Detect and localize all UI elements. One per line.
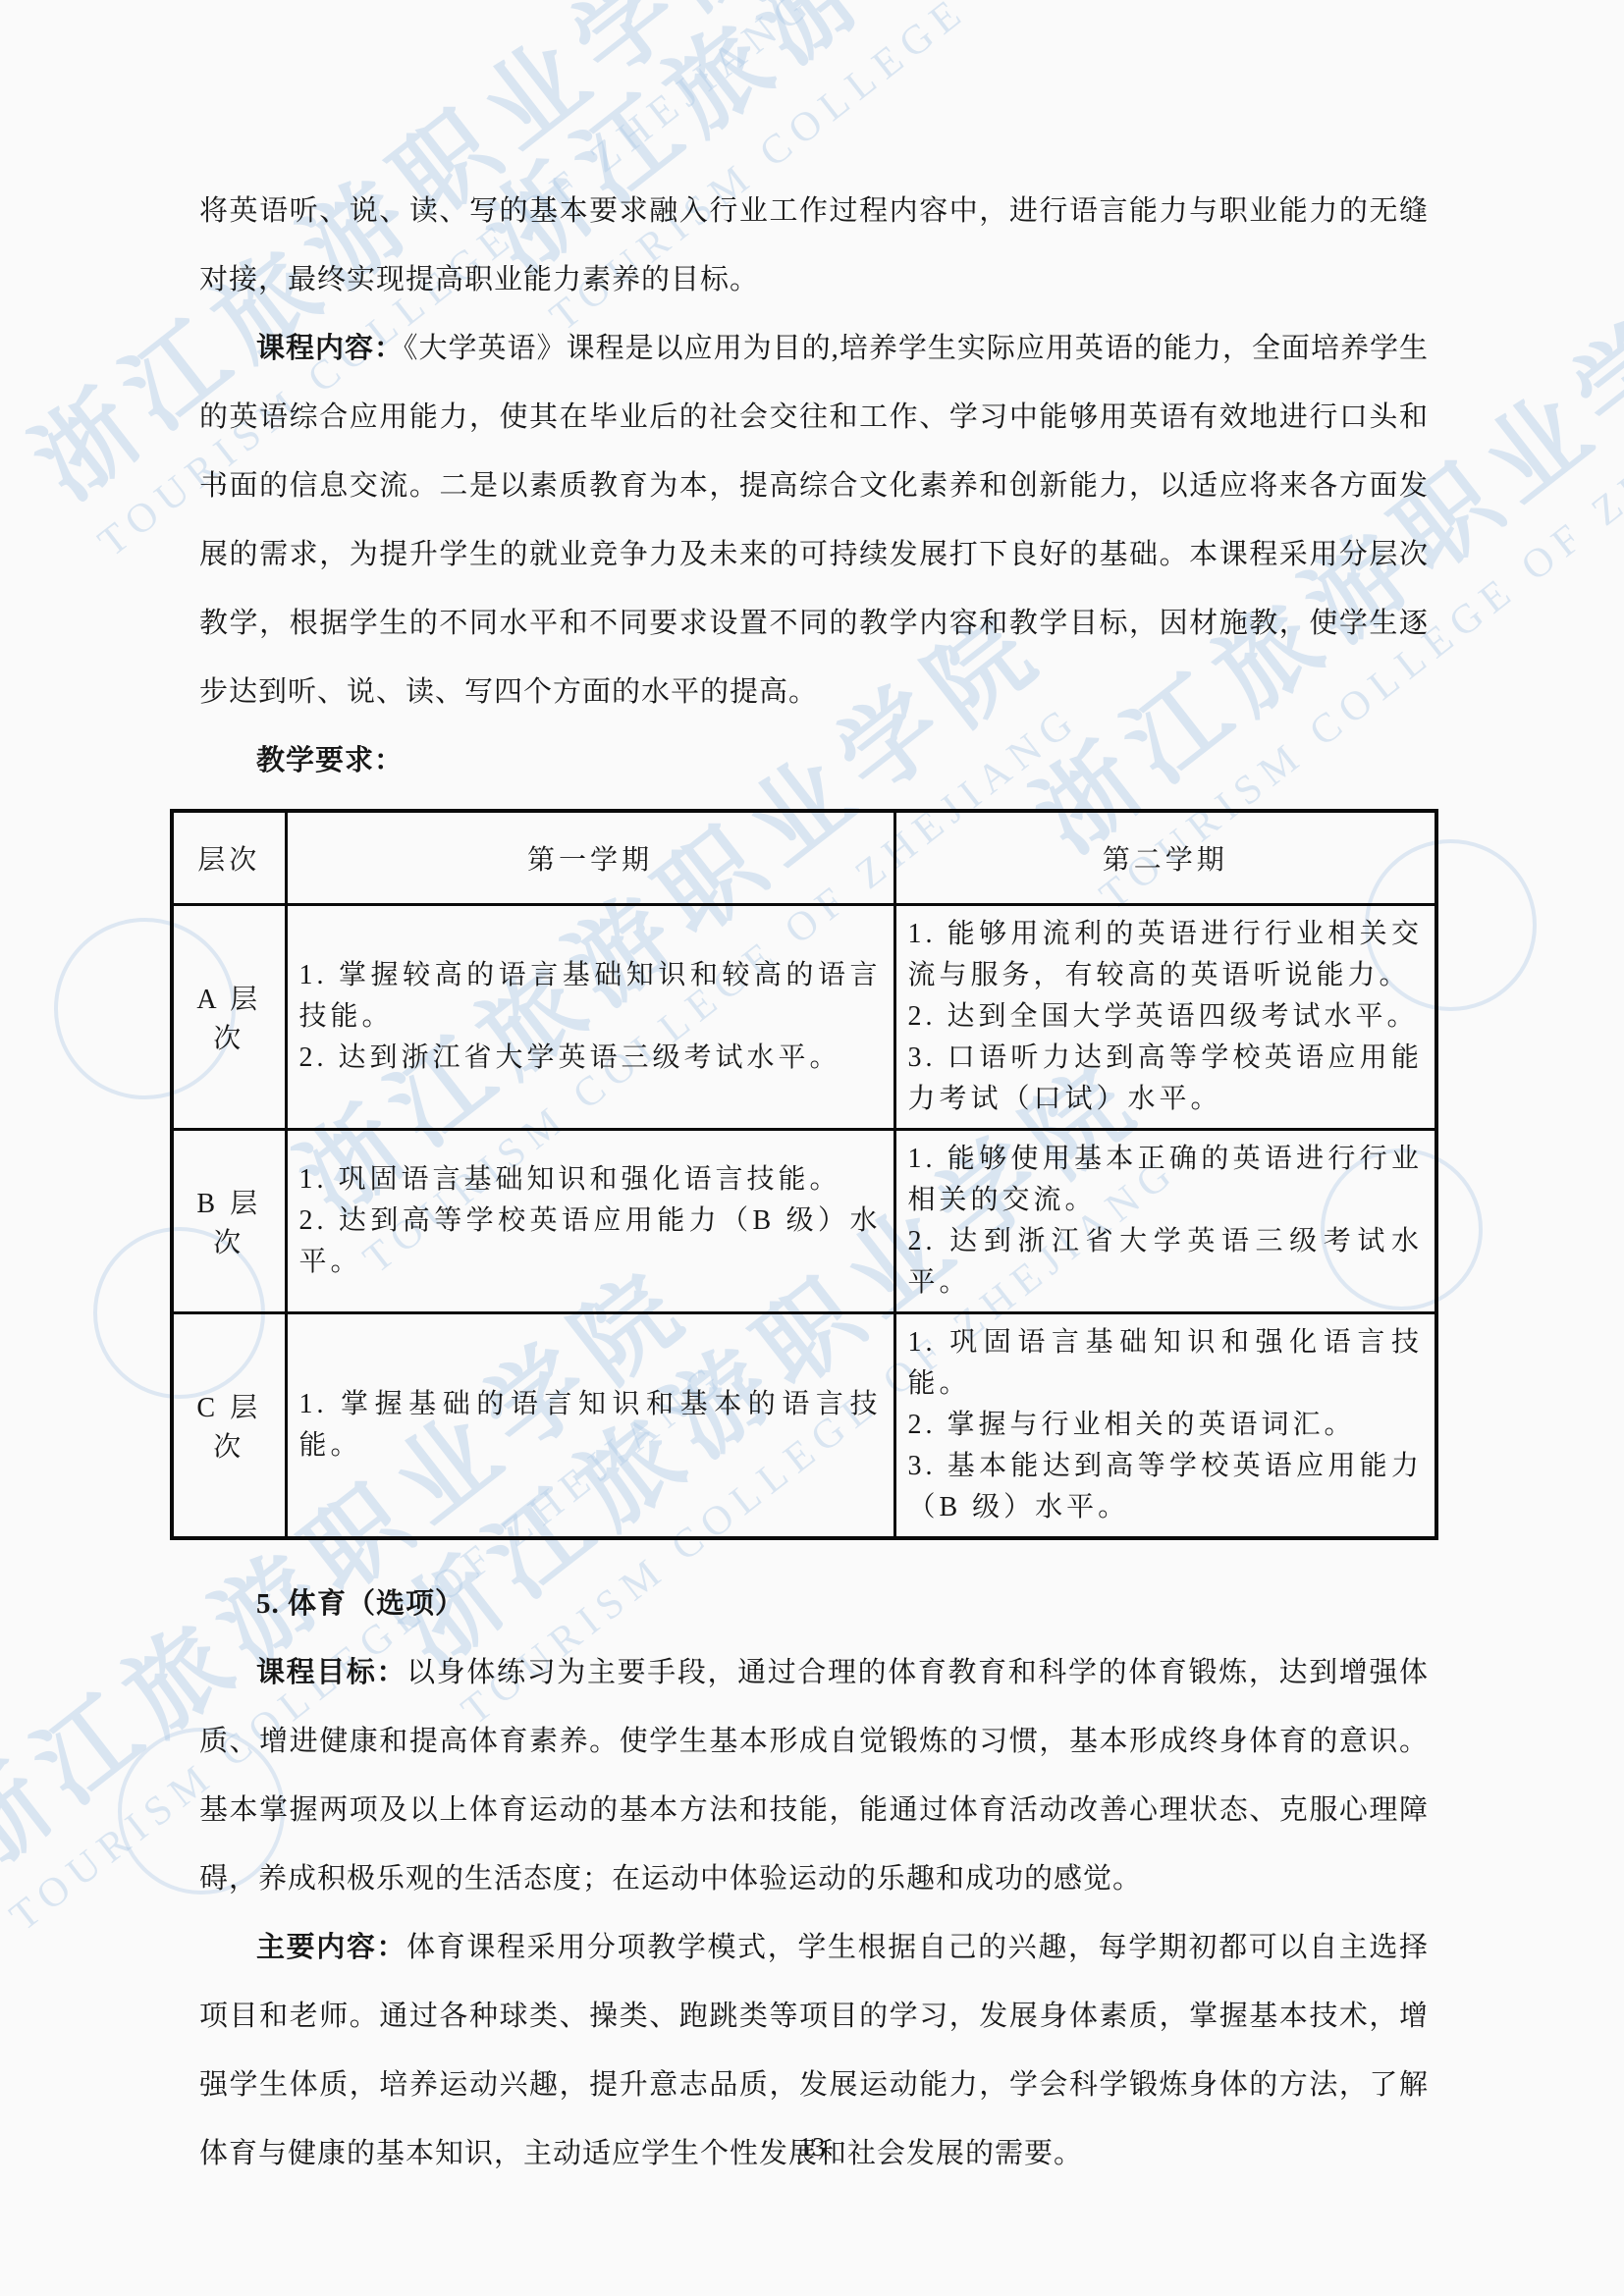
requirement-item: 3. 口语听力达到高等学校英语应用能力考试（口试）水平。 [908,1038,1424,1120]
requirement-item: 1. 掌握较高的语言基础知识和较高的语言技能。 [299,955,882,1038]
course-content-paragraph: 课程内容：《大学英语》课程是以应用为目的,培养学生实际应用英语的能力，全面培养学… [199,314,1429,726]
semester1-cell: 1. 巩固语言基础知识和强化语言技能。 2. 达到高等学校英语应用能力（B 级）… [286,1129,894,1312]
section-5-heading: 5. 体育（选项） [199,1570,1429,1638]
requirement-item: 1. 能够使用基本正确的英语进行行业相关的交流。 [908,1139,1424,1221]
teaching-requirements-heading: 教学要求： [199,726,1429,795]
course-goal-paragraph: 课程目标：以身体练习为主要手段，通过合理的体育教育和科学的体育锻炼，达到增强体质… [199,1638,1429,1913]
requirement-item: 2. 掌握与行业相关的英语词汇。 [908,1405,1424,1446]
course-goal-label: 课程目标： [256,1657,406,1688]
course-content-text: 《大学英语》课程是以应用为目的,培养学生实际应用英语的能力，全面培养学生的英语综… [199,333,1429,708]
semester1-cell: 1. 掌握较高的语言基础知识和较高的语言技能。 2. 达到浙江省大学英语三级考试… [286,904,894,1129]
table-row-level-a: A 层次 1. 掌握较高的语言基础知识和较高的语言技能。 2. 达到浙江省大学英… [172,904,1436,1129]
level-cell: C 层次 [172,1312,286,1538]
requirement-item: 1. 巩固语言基础知识和强化语言技能。 [299,1159,882,1201]
page-number: 13 [0,2132,1624,2163]
semester2-cell: 1. 巩固语言基础知识和强化语言技能。 2. 掌握与行业相关的英语词汇。 3. … [894,1312,1436,1538]
main-content-label: 主要内容： [256,1932,406,1963]
table-header-level: 层次 [172,811,286,904]
table-header-semester1: 第一学期 [286,811,894,904]
table-header-row: 层次 第一学期 第二学期 [172,811,1436,904]
document-page: 浙江旅游职业学院 TOURISM COLLEGE OF ZHEJIANG 浙江旅… [0,0,1624,2296]
course-goal-text: 以身体练习为主要手段，通过合理的体育教育和科学的体育锻炼，达到增强体质、增进健康… [199,1657,1429,1895]
level-cell: A 层次 [172,904,286,1129]
requirement-item: 1. 巩固语言基础知识和强化语言技能。 [908,1322,1424,1405]
requirement-item: 1. 掌握基础的语言知识和基本的语言技能。 [299,1384,882,1467]
semester2-cell: 1. 能够使用基本正确的英语进行行业相关的交流。 2. 达到浙江省大学英语三级考… [894,1129,1436,1312]
table-row-level-b: B 层次 1. 巩固语言基础知识和强化语言技能。 2. 达到高等学校英语应用能力… [172,1129,1436,1312]
requirement-item: 2. 达到浙江省大学英语三级考试水平。 [299,1038,882,1079]
requirement-item: 2. 达到浙江省大学英语三级考试水平。 [908,1221,1424,1304]
course-content-label: 课程内容： [256,333,404,364]
page-content: 将英语听、说、读、写的基本要求融入行业工作过程内容中，进行语言能力与职业能力的无… [199,177,1429,2188]
semester1-cell: 1. 掌握基础的语言知识和基本的语言技能。 [286,1312,894,1538]
requirement-item: 2. 达到高等学校英语应用能力（B 级）水平。 [299,1201,882,1283]
semester2-cell: 1. 能够用流利的英语进行行业相关交流与服务，有较高的英语听说能力。 2. 达到… [894,904,1436,1129]
level-cell: B 层次 [172,1129,286,1312]
table-row-level-c: C 层次 1. 掌握基础的语言知识和基本的语言技能。 1. 巩固语言基础知识和强… [172,1312,1436,1538]
table-header-semester2: 第二学期 [894,811,1436,904]
requirement-item: 3. 基本能达到高等学校英语应用能力（B 级）水平。 [908,1446,1424,1528]
requirement-item: 2. 达到全国大学英语四级考试水平。 [908,996,1424,1038]
intro-paragraph: 将英语听、说、读、写的基本要求融入行业工作过程内容中，进行语言能力与职业能力的无… [199,177,1429,314]
requirement-item: 1. 能够用流利的英语进行行业相关交流与服务，有较高的英语听说能力。 [908,914,1424,996]
teaching-requirements-table: 层次 第一学期 第二学期 A 层次 1. 掌握较高的语言基础知识和较高的语言技能… [170,809,1438,1540]
